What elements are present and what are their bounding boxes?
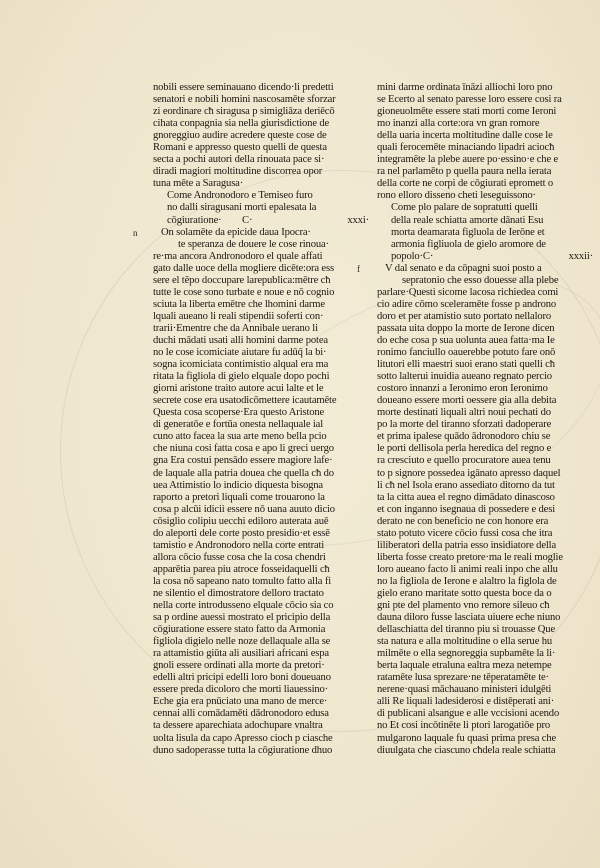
chapter-heading-line: no dalli siragusani morti epalesata la bbox=[153, 202, 375, 214]
chapter-heading-line: armonia figliuola de gielo aromore de bbox=[377, 239, 599, 251]
text-line: dauna diloro fusse lasciata uiuere eche … bbox=[377, 612, 599, 624]
text-line: mini darme ordinata īnāzi alliochi loro … bbox=[377, 82, 599, 94]
text-line: gielo erano maritate sotto questa boce d… bbox=[377, 588, 599, 600]
chapter-letter: C· bbox=[224, 215, 252, 226]
text-line: dellaschiatta del tiranno piu si trouass… bbox=[377, 624, 599, 636]
text-line: liliberatori della patria esso insidiato… bbox=[377, 540, 599, 552]
text-line: le porti dellisola perla heredica del re… bbox=[377, 443, 599, 455]
text-line: zi eordinare cħ siragusa p simigliāza de… bbox=[153, 106, 375, 118]
text-line: rono elloro disseno cheti leseguissono· bbox=[377, 190, 599, 202]
left-text-column: nobili essere seminauano dicendo·li pred… bbox=[153, 82, 375, 757]
text-line: to p signore possedea igānato apresso da… bbox=[377, 468, 599, 480]
text-line: milmēte o ella segnoreggia supbamēte la … bbox=[377, 648, 599, 660]
text-line: ra attamistio giūta ali ausiliari africa… bbox=[153, 648, 375, 660]
chapter-heading-text: popolo·C· bbox=[391, 251, 433, 262]
text-line: gnoli essere ordinati alla morte da pret… bbox=[153, 660, 375, 672]
chapter-number: xxxii· bbox=[569, 251, 599, 263]
text-line: la cosa nō sapeano nato tomulto fatto al… bbox=[153, 576, 375, 588]
text-line: On solamēte da epicide daua Ipocra· bbox=[153, 227, 375, 239]
text-line: do aleporti dele corte posto presidio·et… bbox=[153, 528, 375, 540]
text-line: tamistio e Andronodoro nella corte entra… bbox=[153, 540, 375, 552]
chapter-heading-line: cōgiuratione· C· xxxi· bbox=[153, 215, 375, 227]
chapter-heading-line: Come Andronodoro e Temiseo furo bbox=[153, 190, 375, 202]
text-line: cōgiuratione essere stato fatto da Armon… bbox=[153, 624, 375, 636]
text-line: ta dessere aparechiata adochupare vnaltr… bbox=[153, 720, 375, 732]
text-line: derato ne con beneficio ne con honore er… bbox=[377, 516, 599, 528]
text-line: mulgarono laquale fu quasi prima presa c… bbox=[377, 733, 599, 745]
manuscript-page: nobili essere seminauano dicendo·li pred… bbox=[0, 0, 600, 868]
text-line: do eche cosa p sua uolunta auea fatta·ma… bbox=[377, 335, 599, 347]
text-line: uolta lisula da capo Apresso cioch p cia… bbox=[153, 733, 375, 745]
text-line: della corte ne corpi de cōgiurati eprome… bbox=[377, 178, 599, 190]
text-line: Questa cosa scoperse·Era questo Aristone bbox=[153, 407, 375, 419]
chapter-number: xxxi· bbox=[347, 215, 375, 227]
text-line: edelli altri pricipi edelli loro boni do… bbox=[153, 672, 375, 684]
text-line: gna Era costui pensādo essere magiore la… bbox=[153, 455, 375, 467]
right-text-column: mini darme ordinata īnāzi alliochi loro … bbox=[377, 82, 599, 757]
text-line: uea Attimistio lo indicio diquesta bisog… bbox=[153, 480, 375, 492]
text-line: senatori e nobili homini nascosamēte sfo… bbox=[153, 94, 375, 106]
text-line: gni pte del plamento vno remore sileuo c… bbox=[377, 600, 599, 612]
text-line: ritata la figliola di gielo elquale dopo… bbox=[153, 371, 375, 383]
text-line: diuulgata che ciascuno cħdela reale schi… bbox=[377, 745, 599, 757]
text-line: nella corte introdusseno elquale cōcio s… bbox=[153, 600, 375, 612]
text-line: ne silentio el dimostratore delloro trac… bbox=[153, 588, 375, 600]
text-line: sotto lalterui inuidia aueano regnato pe… bbox=[377, 371, 599, 383]
text-line: nobili essere seminauano dicendo·li pred… bbox=[153, 82, 375, 94]
text-line: morte destinati liquali altri noui pecha… bbox=[377, 407, 599, 419]
text-line: de laquale alla patria douea che quella … bbox=[153, 468, 375, 480]
text-line: doueano essere morti oessere gia alla de… bbox=[377, 395, 599, 407]
text-line: gnoreggiuo audire acredere queste cose d… bbox=[153, 130, 375, 142]
text-line: sa p ordine auessi mostrato el pricipio … bbox=[153, 612, 375, 624]
text-line: alli Re liquali ladesiderosi e distēpera… bbox=[377, 696, 599, 708]
text-line: gato dalle uoce della mogliere dicēte:or… bbox=[153, 263, 375, 275]
text-line: nerene·quasi māchauano ministeri idulgēt… bbox=[377, 684, 599, 696]
text-line: stato potuto vicere cōcio fussi cosa che… bbox=[377, 528, 599, 540]
text-line: gioneuolmēte essere stati morti come Ier… bbox=[377, 106, 599, 118]
text-line: no Et cosi incōtinēte li ptori larogatiō… bbox=[377, 720, 599, 732]
chapter-heading-text: cōgiuratione· bbox=[167, 215, 222, 226]
text-line: ra nel parlamēto p quella paura nella ie… bbox=[377, 166, 599, 178]
text-line: diradi magiori moltitudine discorrea opo… bbox=[153, 166, 375, 178]
text-line: po la morte del tiranno sforzati dadoper… bbox=[377, 419, 599, 431]
text-line: cio adire cōmo sceleramēte fosse p andro… bbox=[377, 299, 599, 311]
text-line: giorni aristone traito autore acui lalte… bbox=[153, 383, 375, 395]
chapter-heading-line: Come plo palare de sopratutti quelli bbox=[377, 202, 599, 214]
left-body-block: n On solamēte da epicide daua Ipocra·te … bbox=[153, 227, 375, 757]
text-line: tutte le cose sono turbate e noue e nō c… bbox=[153, 287, 375, 299]
text-line: allora cōcio fusse cosa che la cosa chen… bbox=[153, 552, 375, 564]
text-line: loro aueano facto li animi reali inpo ch… bbox=[377, 564, 599, 576]
guide-letter: n bbox=[133, 227, 137, 239]
text-line: ra cresciuto e quello procuratore auea t… bbox=[377, 455, 599, 467]
text-line: apparētia parea piu atroce fosseidaquell… bbox=[153, 564, 375, 576]
text-line: quali ferocemēte minaciando lipadri acio… bbox=[377, 142, 599, 154]
text-line: che niuna cosi fatta cosa e apo li greci… bbox=[153, 443, 375, 455]
text-line: cosa p alcūi idicii essere nō uana auuto… bbox=[153, 504, 375, 516]
text-line: cuno atto facea la sua arte meno bella p… bbox=[153, 431, 375, 443]
text-line: doro et per atamistio suto portato nella… bbox=[377, 311, 599, 323]
text-line: costoro innanzi a Ieronimo eron Ieronimo bbox=[377, 383, 599, 395]
text-line: li cħ nel Isola erano assediato ditorno … bbox=[377, 480, 599, 492]
text-line: figliola digielo nelle noze dellaquale a… bbox=[153, 636, 375, 648]
left-intro-block: nobili essere seminauano dicendo·li pred… bbox=[153, 82, 375, 190]
text-line: essere preda dicoloro che morti liauessi… bbox=[153, 684, 375, 696]
text-line: ronimo fanciullo oauerebbe potuto fare o… bbox=[377, 347, 599, 359]
text-line: re·ma ancora Andronodoro el quale affati bbox=[153, 251, 375, 263]
text-line: di generatōe e fortūa onesta nellaquale … bbox=[153, 419, 375, 431]
text-line: te speranza de douere le cose rinoua· bbox=[153, 239, 375, 251]
text-line: ta la citta auea el regno dimādato dinas… bbox=[377, 492, 599, 504]
text-line: ratamēte lusa sprezare·ne tēperatamēte t… bbox=[377, 672, 599, 684]
text-line: lquali aueano li reali stipendii soferti… bbox=[153, 311, 375, 323]
chapter-heading-line: della reale schiatta amorte dānati Esu bbox=[377, 215, 599, 227]
text-line: duno sadoperasse tutta la cōgiuratione d… bbox=[153, 745, 375, 757]
text-line: litutori elli maestri suoi erano stati q… bbox=[377, 359, 599, 371]
text-line: sere el tēpo doccupare larepublica:mētre… bbox=[153, 275, 375, 287]
text-line: cōsiglio colipiu uecchi ediloro auterata… bbox=[153, 516, 375, 528]
text-line: sepratonio che esso douesse alla plebe bbox=[377, 275, 599, 287]
text-line: passata uita doppo la morte de Ierone di… bbox=[377, 323, 599, 335]
text-line: et con inganno isegnaua di possedere e d… bbox=[377, 504, 599, 516]
right-chapter-heading: Come plo palare de sopratutti quelli del… bbox=[377, 202, 599, 262]
text-line: di publicani alsangue e alle vccisioni a… bbox=[377, 708, 599, 720]
text-line: et prima ipalese quādo ādronodoro chiu s… bbox=[377, 431, 599, 443]
text-line: parlare·Questi sicome lacosa richiedea c… bbox=[377, 287, 599, 299]
guide-letter: f bbox=[357, 263, 360, 275]
text-line: cennai alli comādamēti dādronodoro edusa bbox=[153, 708, 375, 720]
text-line: se Ecerto al senato paresse loro essere … bbox=[377, 94, 599, 106]
text-line: sogna icomiciata contimistio alqual era … bbox=[153, 359, 375, 371]
text-line: secrete cose era usatodicōmettere icauta… bbox=[153, 395, 375, 407]
text-line: berta laquale etraluna ealtra meza netem… bbox=[377, 660, 599, 672]
text-line: V dal senato e da cōpagni suoi posto a bbox=[377, 263, 599, 275]
text-line: della uaria incerta moltitudine dalle co… bbox=[377, 130, 599, 142]
text-line: liberta fosse creato pretore·ma le reali… bbox=[377, 552, 599, 564]
text-line: no le cose icomiciate aiutare fu adūq̄ l… bbox=[153, 347, 375, 359]
text-line: raporto a pretori liquali come trouarono… bbox=[153, 492, 375, 504]
right-body-block: f V dal senato e da cōpagni suoi posto a… bbox=[377, 263, 599, 757]
text-line: secta a pochi autori della rinouata pace… bbox=[153, 154, 375, 166]
right-intro-block: mini darme ordinata īnāzi alliochi loro … bbox=[377, 82, 599, 202]
text-line: sciuta la liberta emētre che lhomini dar… bbox=[153, 299, 375, 311]
text-line: sta natura e alla moltitudine o ella ser… bbox=[377, 636, 599, 648]
text-line: tuna mēte a Saragusa· bbox=[153, 178, 375, 190]
chapter-heading-line: popolo·C· xxxii· bbox=[377, 251, 599, 263]
text-line: duchi mādati usati alli homini darme pot… bbox=[153, 335, 375, 347]
left-chapter-heading: Come Andronodoro e Temiseo furo no dalli… bbox=[153, 190, 375, 226]
text-line: Romani e appresso questo quelli de quest… bbox=[153, 142, 375, 154]
text-line: integramēte la plebe auere po·essino·e c… bbox=[377, 154, 599, 166]
text-line: mo inanzi alla corte:ora vn gran romore bbox=[377, 118, 599, 130]
text-line: Eche gia era pnūciato una mano de merce· bbox=[153, 696, 375, 708]
chapter-heading-line: morta deamarata figluola de Ierōne et bbox=[377, 227, 599, 239]
text-line: trarii·Ementre che da Annibale uerano li bbox=[153, 323, 375, 335]
text-line: no la figliola de Ierone e alaltro la fi… bbox=[377, 576, 599, 588]
text-line: cihata conpagnia sia nella giurisdiction… bbox=[153, 118, 375, 130]
